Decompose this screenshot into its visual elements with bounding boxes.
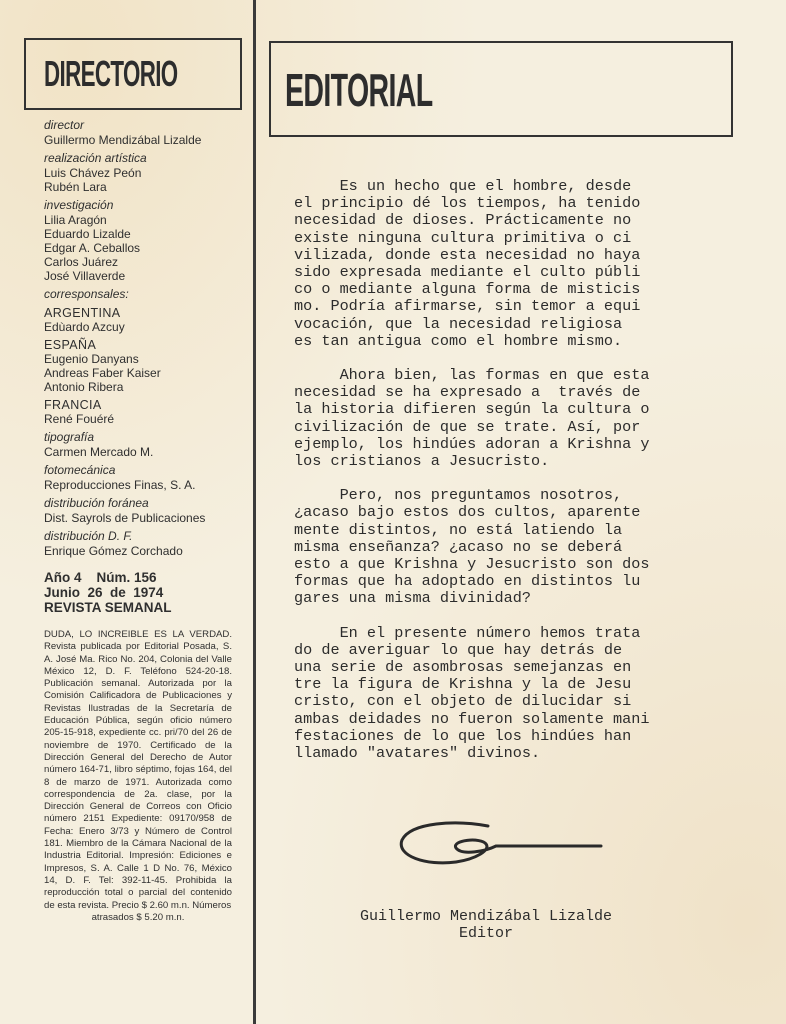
editorial-title: EDITORIAL: [285, 65, 433, 115]
correspondent-country: ARGENTINA: [44, 306, 242, 320]
issue-frequency: REVISTA SEMANAL: [44, 600, 242, 615]
correspondent-name: Antonio Ribera: [44, 380, 242, 394]
correspondent-name: Andreas Faber Kaiser: [44, 366, 242, 380]
correspondent-name: Edùardo Azcuy: [44, 320, 242, 334]
staff-name: Rubén Lara: [44, 180, 242, 194]
correspondent-name: René Fouéré: [44, 412, 242, 426]
signature-icon: [396, 818, 606, 874]
staff-name: Reproducciones Finas, S. A.: [44, 478, 242, 492]
column-divider: [253, 0, 256, 1024]
legal-text: DUDA, LO INCREIBLE ES LA VERDAD. Revista…: [44, 629, 232, 911]
staff-name: José Villaverde: [44, 269, 242, 283]
directory-list: directorGuillermo Mendizábal Lizaldereal…: [44, 118, 242, 924]
staff-role: fotomecánica: [44, 463, 242, 478]
staff-role: tipografía: [44, 430, 242, 445]
editorial-paragraph: Ahora bien, las formas en que esta neces…: [294, 367, 694, 470]
issue-number: Año 4 Núm. 156: [44, 570, 242, 585]
issue-date: Junio 26 de 1974: [44, 585, 242, 600]
staff-name: Eduardo Lizalde: [44, 227, 242, 241]
editorial-header-box: EDITORIAL: [269, 41, 733, 137]
correspondent-name: Eugenio Danyans: [44, 352, 242, 366]
editorial-body: Es un hecho que el hombre, desde el prin…: [294, 178, 694, 779]
staff-role: corresponsales:: [44, 287, 242, 302]
staff-name: Luis Chávez Peón: [44, 166, 242, 180]
issue-info: Año 4 Núm. 156 Junio 26 de 1974 REVISTA …: [44, 570, 242, 615]
editorial-paragraph: Pero, nos preguntamos nosotros, ¿acaso b…: [294, 487, 694, 607]
staff-name: Guillermo Mendizábal Lizalde: [44, 133, 242, 147]
staff-name: Carmen Mercado M.: [44, 445, 242, 459]
editorial-paragraph: En el presente número hemos trata do de …: [294, 625, 694, 763]
directory-title: DIRECTORIO: [44, 54, 178, 94]
editor-title: Editor: [300, 925, 672, 942]
editor-name: Guillermo Mendizábal Lizalde: [300, 908, 672, 925]
correspondent-country: FRANCIA: [44, 398, 242, 412]
editorial-paragraph: Es un hecho que el hombre, desde el prin…: [294, 178, 694, 350]
staff-name: Enrique Gómez Corchado: [44, 544, 242, 558]
correspondents: ARGENTINAEdùardo AzcuyESPAÑAEugenio Dany…: [44, 306, 242, 426]
legal-price-back-issues: atrasados $ 5.20 m.n.: [44, 912, 232, 924]
correspondent-country: ESPAÑA: [44, 338, 242, 352]
staff-name: Lilia Aragón: [44, 213, 242, 227]
legal-notice: DUDA, LO INCREIBLE ES LA VERDAD. Revista…: [44, 629, 232, 924]
staff-role: distribución D. F.: [44, 529, 242, 544]
editor-signature-block: Guillermo Mendizábal Lizalde Editor: [300, 908, 672, 942]
staff-name: Edgar A. Ceballos: [44, 241, 242, 255]
directory-header-box: DIRECTORIO: [24, 38, 242, 110]
staff-name: Carlos Juárez: [44, 255, 242, 269]
staff-role: director: [44, 118, 242, 133]
directory-column: DIRECTORIO directorGuillermo Mendizábal …: [24, 38, 242, 924]
staff-role: investigación: [44, 198, 242, 213]
staff-name: Dist. Sayrols de Publicaciones: [44, 511, 242, 525]
staff-sections-2: tipografíaCarmen Mercado M.fotomecánicaR…: [44, 430, 242, 558]
magazine-page: DIRECTORIO directorGuillermo Mendizábal …: [0, 0, 786, 1024]
staff-role: realización artística: [44, 151, 242, 166]
staff-sections: directorGuillermo Mendizábal Lizaldereal…: [44, 118, 242, 302]
staff-role: distribución foránea: [44, 496, 242, 511]
